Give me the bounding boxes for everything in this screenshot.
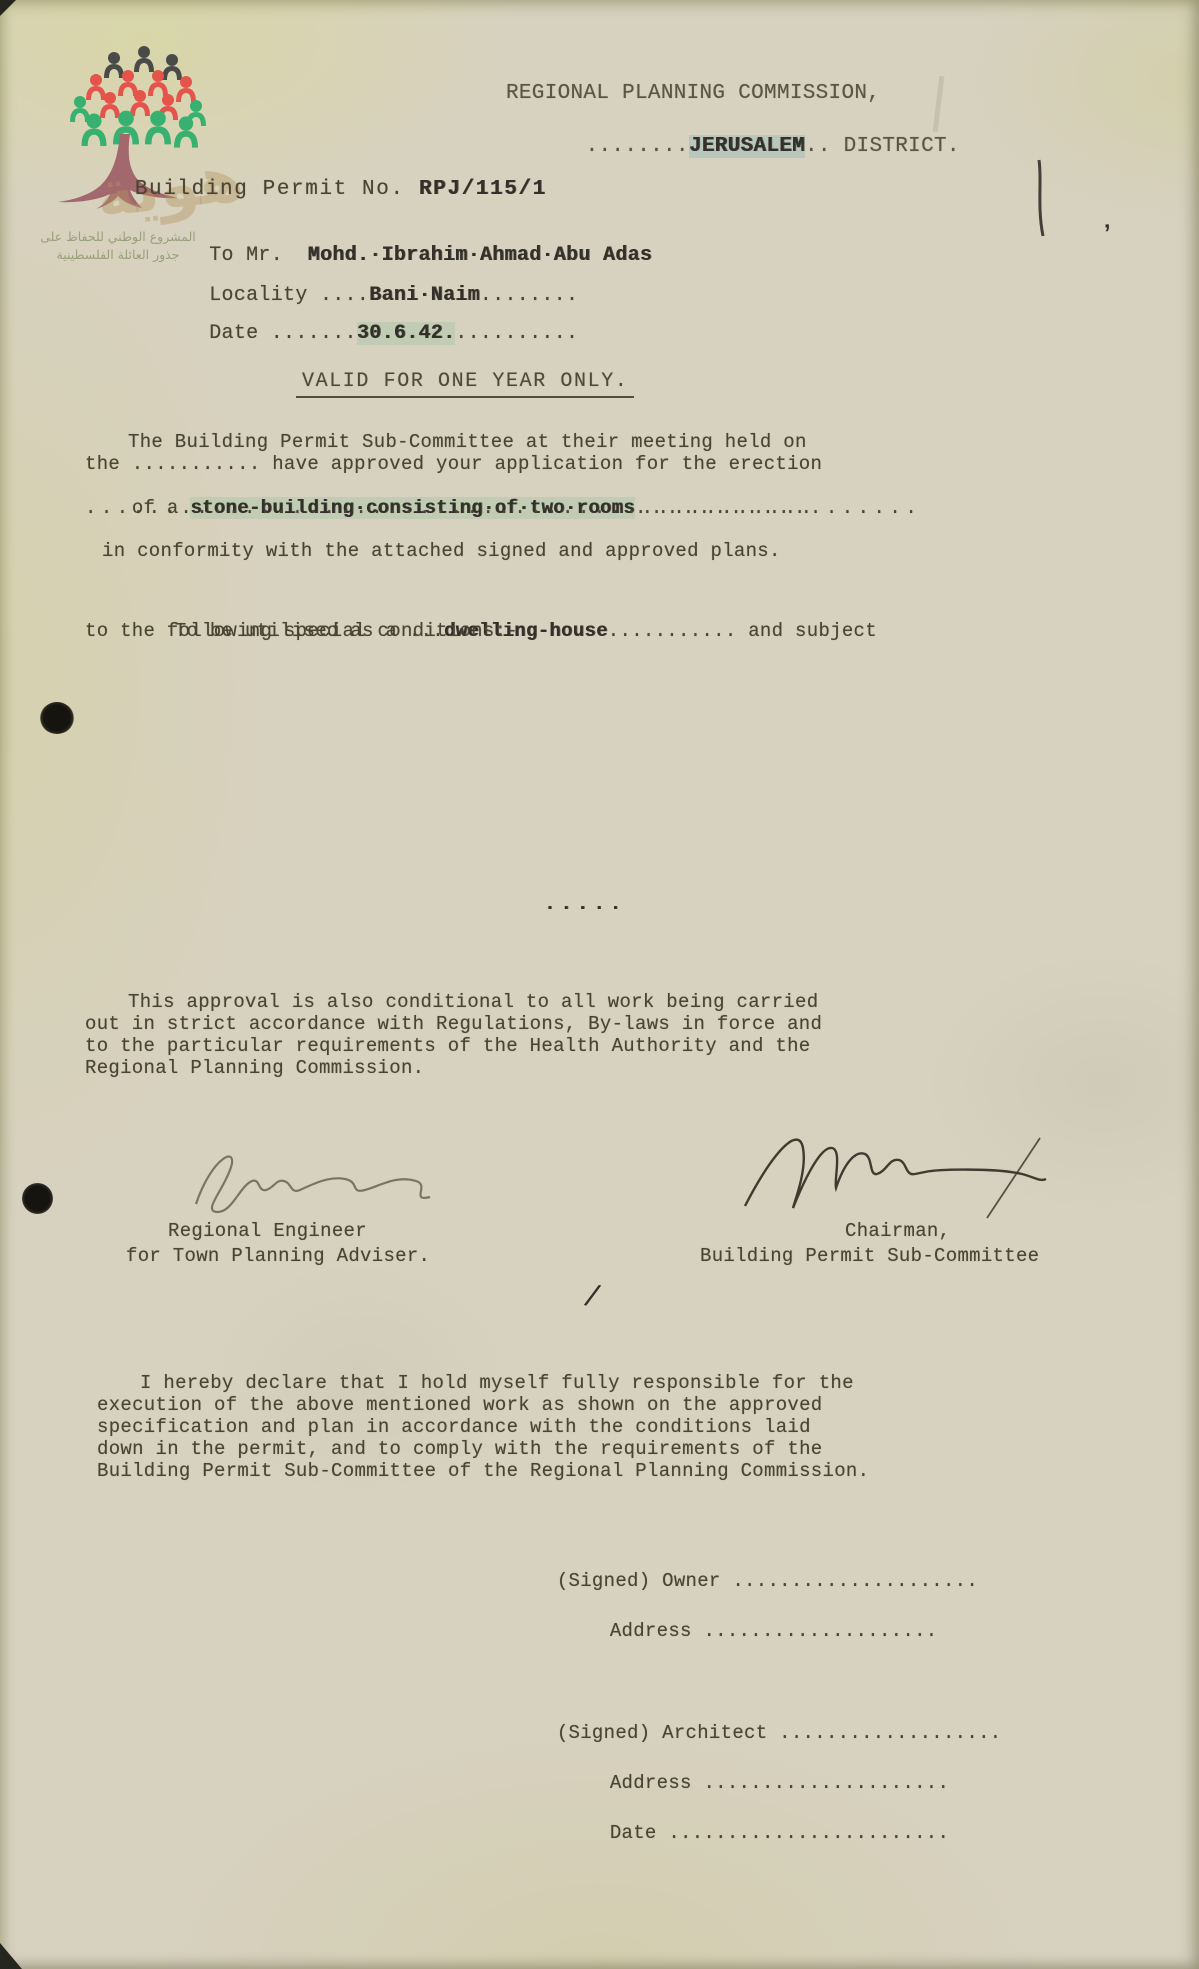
conditional-para-line4: Regional Planning Commission. xyxy=(85,1057,424,1079)
pen-stroke-mark xyxy=(1034,158,1048,238)
owner-address-line: Address .................... xyxy=(563,1598,937,1664)
declaration-line1: I hereby declare that I hold myself full… xyxy=(140,1372,854,1394)
owner-signed-label: (Signed) Owner xyxy=(557,1570,733,1592)
architect-date-line: Date ........................ xyxy=(563,1800,949,1866)
date-leader-before: ....... xyxy=(271,322,357,345)
owner-address-dots: .................... xyxy=(703,1620,937,1642)
special-conditions-line: to the following special conditions:- xyxy=(85,620,518,642)
pen-tick-mark: ʼ xyxy=(1100,222,1114,249)
chairman-signature xyxy=(735,1118,1065,1233)
approval-para-dots-row: ........................................… xyxy=(85,497,817,519)
owner-signed-dots: ..................... xyxy=(732,1570,978,1592)
corner-mark-bottomleft xyxy=(0,1943,22,1969)
architect-signed-dots: ................... xyxy=(779,1722,1001,1744)
permit-number-value: RPJ/115/1 xyxy=(419,178,547,201)
approval-para-line1: The Building Permit Sub-Committee at the… xyxy=(128,431,807,453)
declaration-line4: down in the permit, and to comply with t… xyxy=(97,1438,823,1460)
conditional-para-line3: to the particular requirements of the He… xyxy=(85,1035,811,1057)
declaration-line2: execution of the above mentioned work as… xyxy=(97,1394,823,1416)
permit-number-label: Building Permit No. xyxy=(135,178,419,201)
architect-date-label: Date xyxy=(610,1822,669,1844)
pen-slash-mark: / xyxy=(581,1281,604,1317)
conditional-para-line2: out in strict accordance with Regulation… xyxy=(85,1013,822,1035)
header-district-line: ........JERUSALEM.. DISTRICT. xyxy=(534,112,960,181)
district-leader-dots: ........ xyxy=(586,135,689,158)
separator-dots: ..... xyxy=(544,893,626,915)
header-org-line: REGIONAL PLANNING COMMISSION, xyxy=(506,82,880,105)
date-line: Date .......30.6.42........... xyxy=(160,299,578,368)
chairman-title-line1: Chairman, xyxy=(845,1220,950,1242)
utilised-suffix: and subject xyxy=(737,620,877,642)
declaration-line5: Building Permit Sub-Committee of the Reg… xyxy=(97,1460,869,1482)
validity-heading: VALID FOR ONE YEAR ONLY. xyxy=(296,370,634,398)
architect-address-dots: ..................... xyxy=(703,1772,949,1794)
permit-number-line: Building Permit No. RPJ/115/1 xyxy=(78,155,547,224)
conditional-para-line1: This approval is also conditional to all… xyxy=(128,991,818,1013)
engineer-signature xyxy=(168,1132,468,1232)
conformity-line: in conformity with the attached signed a… xyxy=(102,540,781,562)
date-leader-after: .......... xyxy=(455,322,578,345)
engineer-title-line1: Regional Engineer xyxy=(168,1220,367,1242)
engineer-title-line2: for Town Planning Adviser. xyxy=(126,1245,430,1267)
district-suffix: .. DISTRICT. xyxy=(805,135,960,158)
utilised-leader-after: ........... xyxy=(608,620,737,642)
date-value: 30.6.42. xyxy=(357,322,455,345)
declaration-line3: specification and plan in accordance wit… xyxy=(97,1416,811,1438)
corner-mark-topleft xyxy=(0,0,16,16)
date-label: Date xyxy=(209,322,271,345)
district-name-stamp: JERUSALEM xyxy=(689,135,805,158)
ink-blot-lower xyxy=(22,1183,53,1214)
approval-para-line2: the ........... have approved your appli… xyxy=(85,453,822,475)
chairman-title-line2: Building Permit Sub-Committee xyxy=(700,1245,1039,1267)
architect-address-label: Address xyxy=(610,1772,704,1794)
owner-address-label: Address xyxy=(610,1620,704,1642)
architect-date-dots: ........................ xyxy=(668,1822,949,1844)
permit-document-page: هوية المشروع الوطني للحفاظ على جذور العا… xyxy=(0,0,1199,1969)
ink-blot-upper xyxy=(40,702,74,734)
architect-signed-label: (Signed) Architect xyxy=(557,1722,779,1744)
